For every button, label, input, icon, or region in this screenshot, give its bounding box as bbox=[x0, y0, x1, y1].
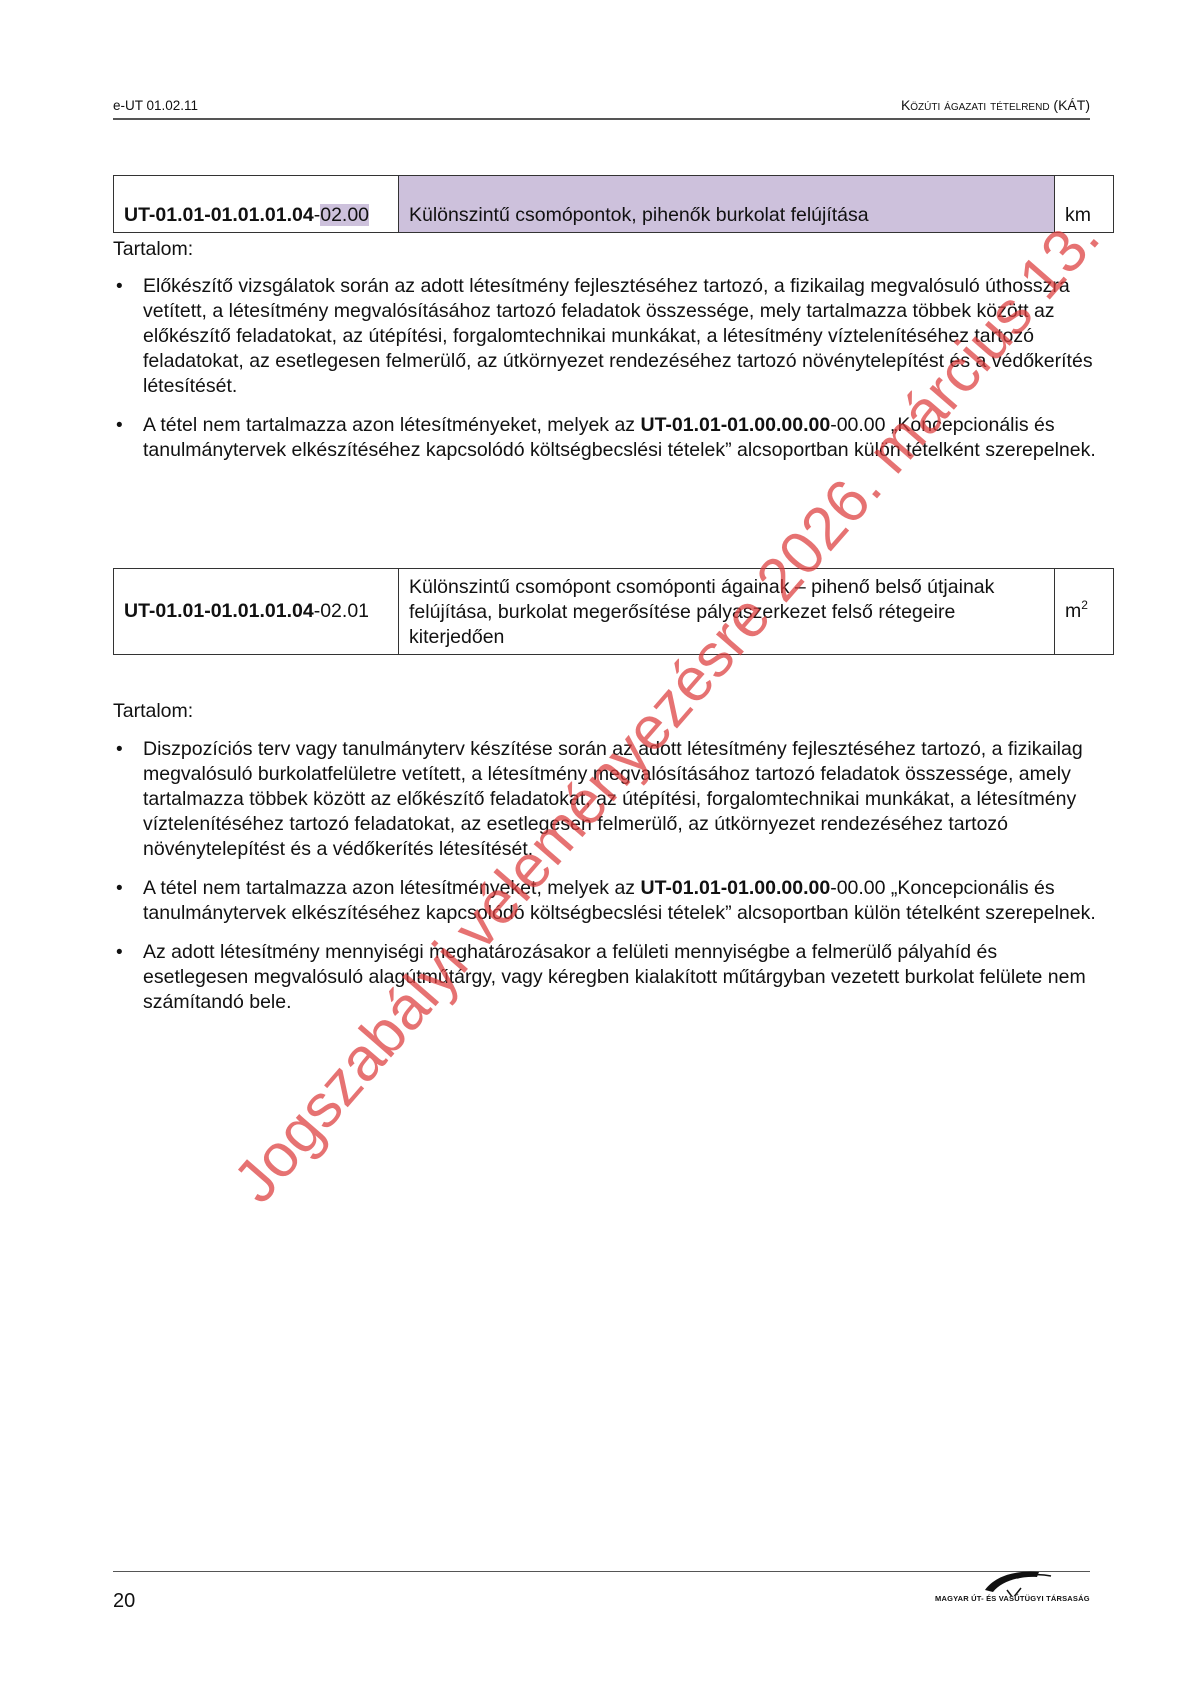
publisher-logo: MAGYAR ÚT- ÉS VASÚTÜGYI TÁRSASÁG bbox=[935, 1572, 1095, 1608]
item-unit: km bbox=[1055, 176, 1114, 233]
item-code-tail: 02.00 bbox=[320, 204, 369, 226]
item-code: UT-01.01-01.01.01.04-02.00 bbox=[114, 176, 399, 233]
list-item: A tétel nem tartalmazza azon létesítmény… bbox=[113, 876, 1103, 926]
item-row: UT-01.01-01.01.01.04-02.01 Különszintű c… bbox=[114, 569, 1114, 655]
item-table-1: UT-01.01-01.01.01.04-02.00 Különszintű c… bbox=[113, 175, 1114, 233]
item-unit: m2 bbox=[1055, 569, 1114, 655]
item-code-bold: UT-01.01-01.01.01.04 bbox=[124, 600, 314, 622]
bullet-text: A tétel nem tartalmazza azon létesítmény… bbox=[143, 414, 640, 436]
doc-title: Közúti ágazati tételrend (KÁT) bbox=[901, 97, 1090, 113]
item-title: Különszintű csomópont csomóponti ágainak… bbox=[399, 569, 1055, 655]
list-item: Előkészítő vizsgálatok során az adott lé… bbox=[113, 274, 1103, 399]
bullet-text: A tétel nem tartalmazza azon létesítmény… bbox=[143, 877, 640, 899]
document-page: e-UT 01.02.11 Közúti ágazati tételrend (… bbox=[0, 0, 1191, 1684]
list-item: Diszpozíciós terv vagy tanulmányterv kés… bbox=[113, 737, 1103, 862]
page-number: 20 bbox=[113, 1590, 135, 1613]
doc-code: e-UT 01.02.11 bbox=[113, 98, 198, 113]
page-header: e-UT 01.02.11 Közúti ágazati tételrend (… bbox=[113, 96, 1090, 120]
item-code-bold: UT-01.01-01.01.01.04 bbox=[124, 204, 314, 226]
unit-exponent: 2 bbox=[1081, 598, 1088, 612]
item-row: UT-01.01-01.01.01.04-02.00 Különszintű c… bbox=[114, 176, 1114, 233]
item-code: UT-01.01-01.01.01.04-02.01 bbox=[114, 569, 399, 655]
item-table-2: UT-01.01-01.01.01.04-02.01 Különszintű c… bbox=[113, 568, 1114, 655]
item-title: Különszintű csomópontok, pihenők burkola… bbox=[399, 176, 1055, 233]
item-code-tail: -02.01 bbox=[314, 600, 369, 622]
bullet-list-2: Diszpozíciós terv vagy tanulmányterv kés… bbox=[113, 737, 1103, 1029]
content-label: Tartalom: bbox=[113, 238, 193, 261]
road-curve-logo-icon bbox=[977, 1568, 1057, 1596]
bullet-code-bold: UT-01.01-01.00.00.00 bbox=[640, 877, 830, 899]
list-item: Az adott létesítmény mennyiségi meghatár… bbox=[113, 940, 1103, 1015]
logo-text: MAGYAR ÚT- ÉS VASÚTÜGYI TÁRSASÁG bbox=[935, 1594, 1090, 1603]
list-item: A tétel nem tartalmazza azon létesítmény… bbox=[113, 413, 1103, 463]
unit-base: m bbox=[1065, 600, 1081, 622]
bullet-list-1: Előkészítő vizsgálatok során az adott lé… bbox=[113, 274, 1103, 477]
bullet-code-bold: UT-01.01-01.00.00.00 bbox=[640, 414, 830, 436]
content-label: Tartalom: bbox=[113, 700, 193, 723]
